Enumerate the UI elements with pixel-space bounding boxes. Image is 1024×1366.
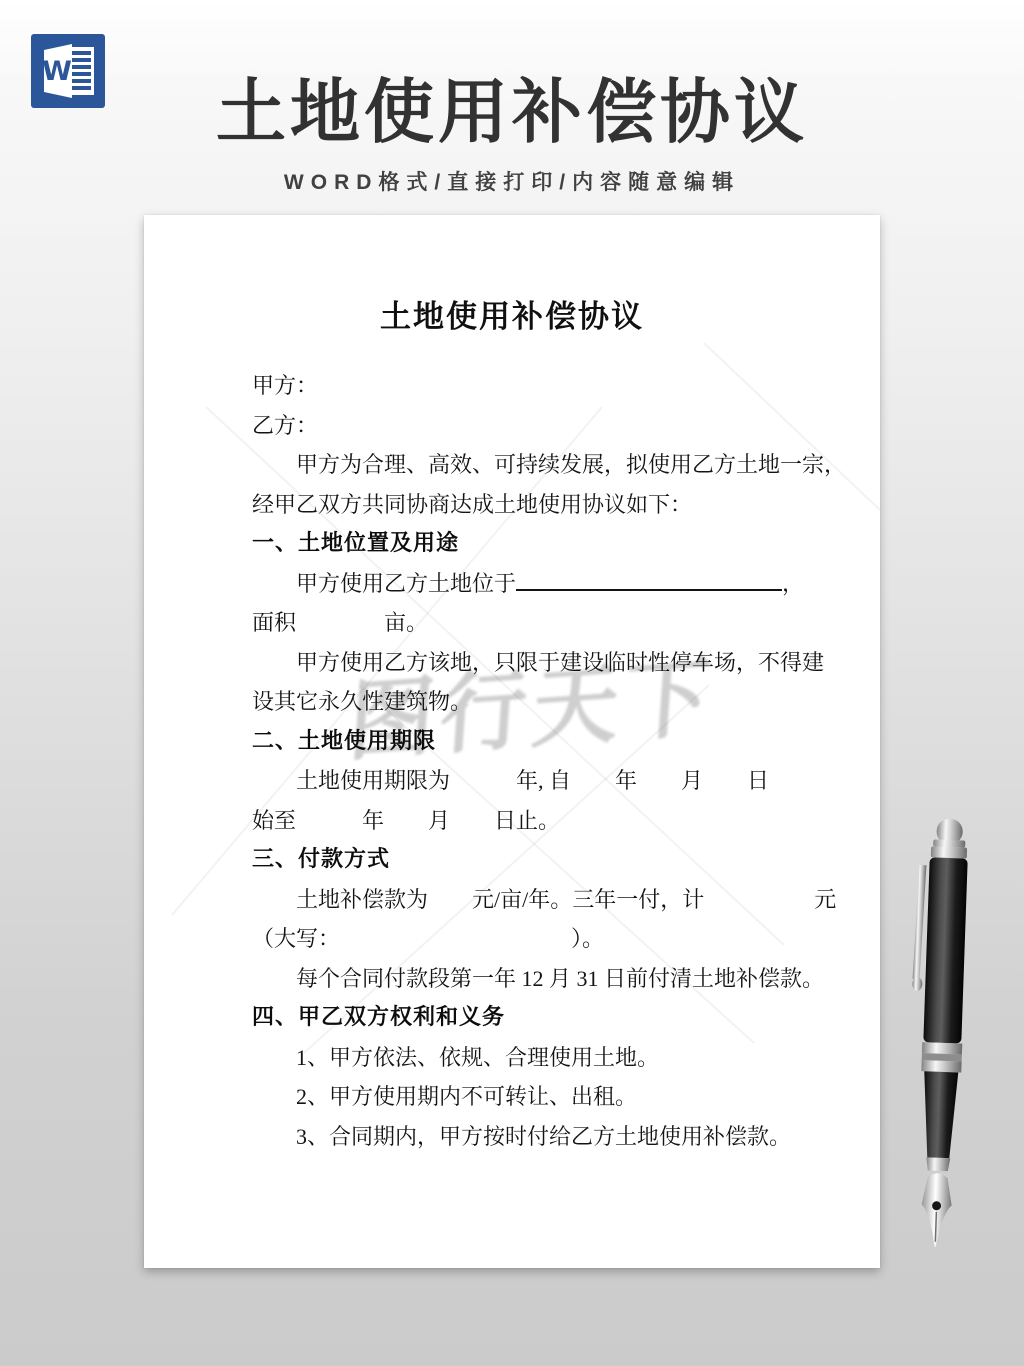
doc-line: 3、合同期内，甲方按时付给乙方土地使用补偿款。 (252, 1117, 776, 1157)
pen-nib (920, 1173, 953, 1248)
doc-line: 面积 亩。 (252, 603, 776, 643)
doc-line: （大写： ）。 (252, 919, 776, 959)
doc-line: 1、甲方依法、依规、合理使用土地。 (252, 1038, 776, 1078)
doc-line: 乙方： (252, 406, 776, 446)
fountain-pen-image (898, 814, 1002, 1254)
doc-line: 甲方为合理、高效、可持续发展，拟使用乙方土地一宗， (252, 445, 776, 485)
doc-line: 甲方： (252, 366, 776, 406)
doc-line: 土地使用期限为 年, 自 年 月 日 (252, 761, 776, 801)
pen-clip (912, 865, 926, 981)
doc-line: 经甲乙双方共同协商达成土地使用协议如下： (252, 485, 776, 525)
doc-line: 每个合同付款段第一年 12 月 31 日前付清土地补偿款。 (252, 959, 776, 999)
fill-line-pre: 甲方使用乙方土地位于 (252, 571, 516, 596)
doc-line: 甲方使用乙方土地位于， (252, 564, 776, 604)
fill-line-post: ， (782, 571, 804, 596)
doc-line: 始至 年 月 日止。 (252, 801, 776, 841)
doc-line: 2、甲方使用期内不可转让、出租。 (252, 1077, 776, 1117)
section-heading: 三、付款方式 (252, 840, 776, 880)
doc-line: 土地补偿款为 元/亩/年。三年一付，计 元 (252, 880, 776, 920)
doc-lines: 甲方：乙方： 甲方为合理、高效、可持续发展，拟使用乙方土地一宗，经甲乙双方共同协… (144, 366, 880, 1156)
page-title: 土地使用补偿协议 (0, 70, 1024, 154)
blank-underline (516, 564, 782, 590)
document-page: 图行天下 土地使用补偿协议 甲方：乙方： 甲方为合理、高效、可持续发展，拟使用乙… (144, 215, 880, 1268)
pen-grip (921, 1071, 958, 1158)
page-subtitle: WORD格式/直接打印/内容随意编辑 (0, 166, 1024, 196)
section-heading: 四、甲乙双方权利和义务 (252, 998, 776, 1038)
section-heading: 一、土地位置及用途 (252, 524, 776, 564)
doc-line: 设其它永久性建筑物。 (252, 682, 776, 722)
doc-line: 甲方使用乙方该地，只限于建设临时性停车场，不得建 (252, 643, 776, 683)
section-heading: 二、土地使用期限 (252, 722, 776, 762)
pen-barrel (923, 857, 967, 1043)
document-title: 土地使用补偿协议 (144, 295, 880, 338)
